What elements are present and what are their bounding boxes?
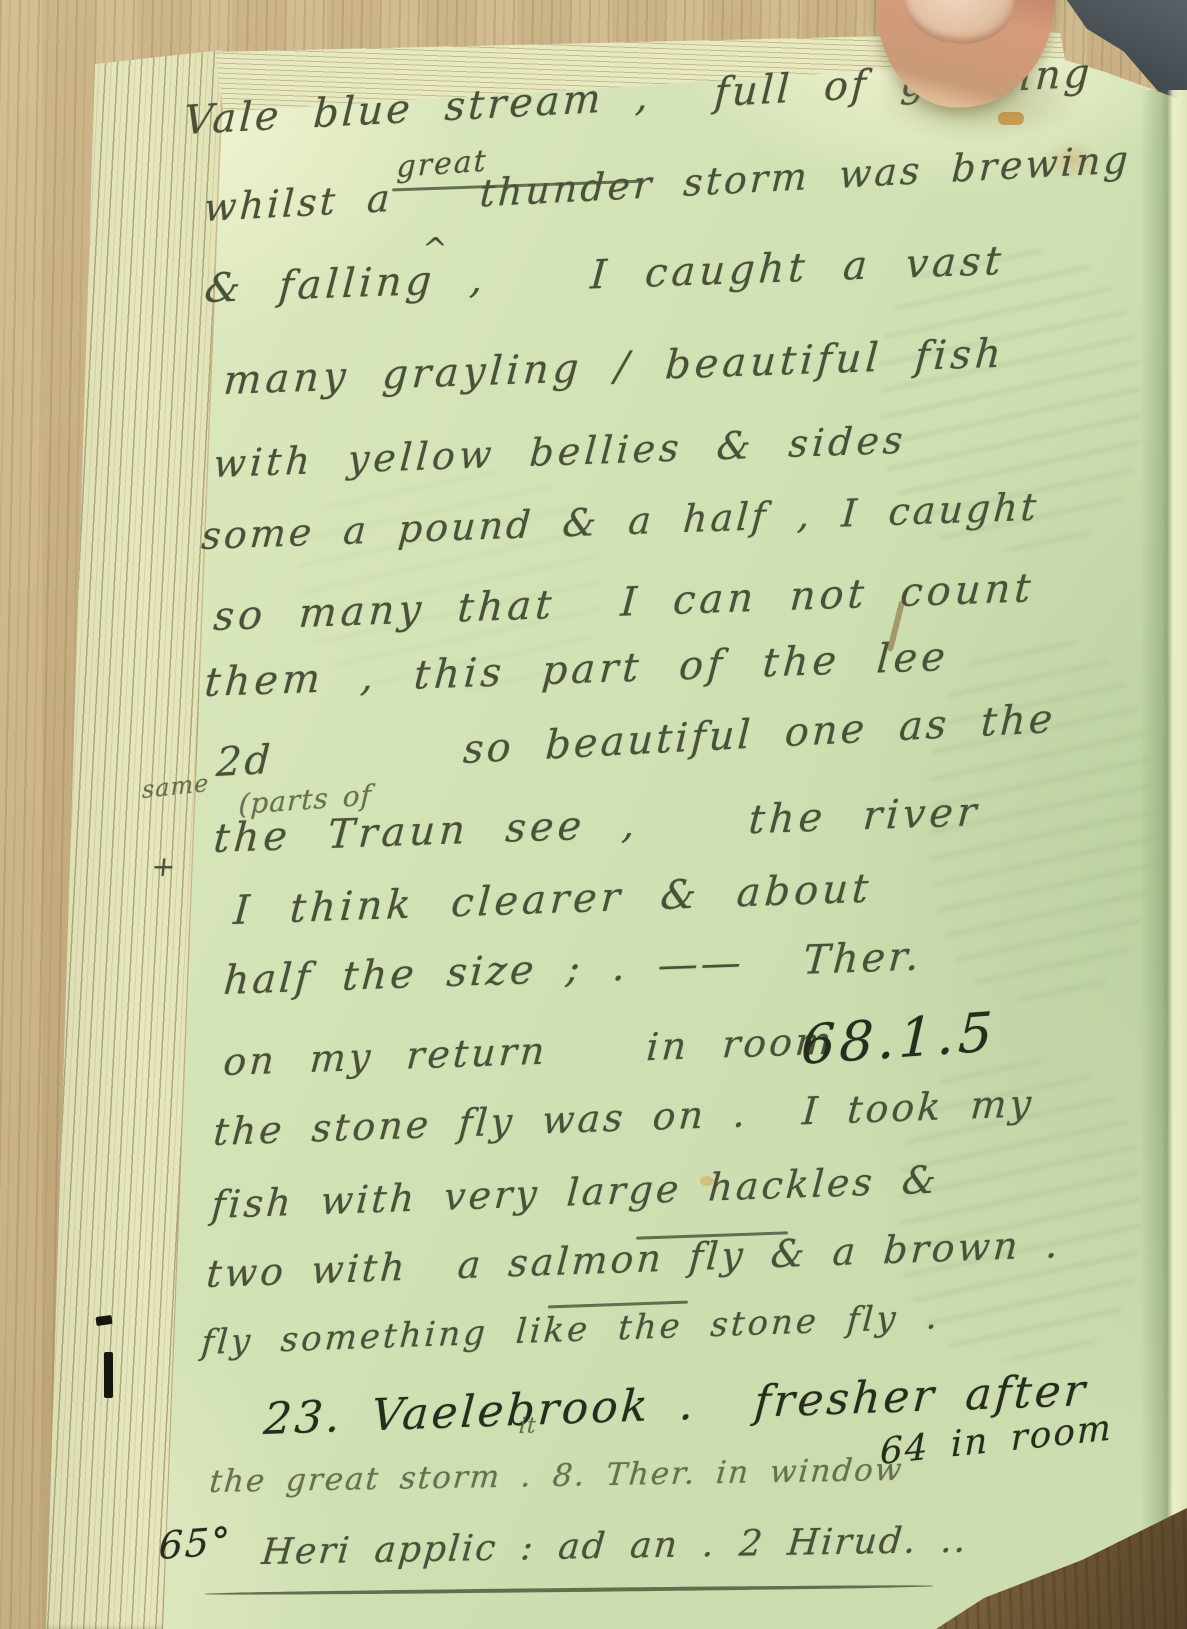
handwritten-line-12: half the size ; . —— Ther. <box>222 933 923 1004</box>
handwritten-insert-it: it <box>518 1413 538 1439</box>
handwritten-line-13: on my return in room <box>222 1019 836 1084</box>
photo-of-diary-page: { "scene": { "type": "photograph", "subj… <box>0 0 1187 1629</box>
handwritten-line-3: & falling , I caught a vast <box>203 238 1006 312</box>
handwritten-margin-same: same <box>142 769 209 804</box>
handwritten-line-2: whilst a thunder storm was brewing <box>203 137 1132 230</box>
handwritten-line-13-num: 68.1.5 <box>800 1000 997 1077</box>
handwritten-line-5: with yellow bellies & sides <box>212 418 908 486</box>
handwritten-line-4: many grayling / beautiful fish <box>222 331 1006 404</box>
handwritten-line-8: them , this part of the lee <box>203 634 951 706</box>
handwritten-text-layer: Vale blue stream , full of graylinggreat… <box>0 0 1187 1629</box>
handwritten-line-19: the great storm . 8. Ther. in window <box>208 1452 905 1500</box>
handwritten-line-20-num: 65° <box>158 1519 233 1568</box>
handwritten-line-20: Heri applic : ad an . 2 Hirud. .. <box>260 1520 970 1573</box>
handwritten-line-6: some a pound & a half , I caught <box>200 485 1041 558</box>
handwritten-line-16: two with a salmon fly & a brown . <box>205 1222 1062 1296</box>
handwritten-caret-2: + <box>150 850 177 883</box>
thumbnail <box>898 0 1020 50</box>
handwritten-line-14: the stone fly was on . I took my <box>212 1081 1036 1154</box>
handwritten-line-11: I think clearer & about <box>232 866 874 934</box>
handwritten-line-7: so many that I can not count <box>212 565 1036 640</box>
handwritten-line-9: 2d so beautiful one as the <box>215 696 1057 786</box>
handwritten-line-15: fish with very large hackles & <box>210 1157 940 1227</box>
